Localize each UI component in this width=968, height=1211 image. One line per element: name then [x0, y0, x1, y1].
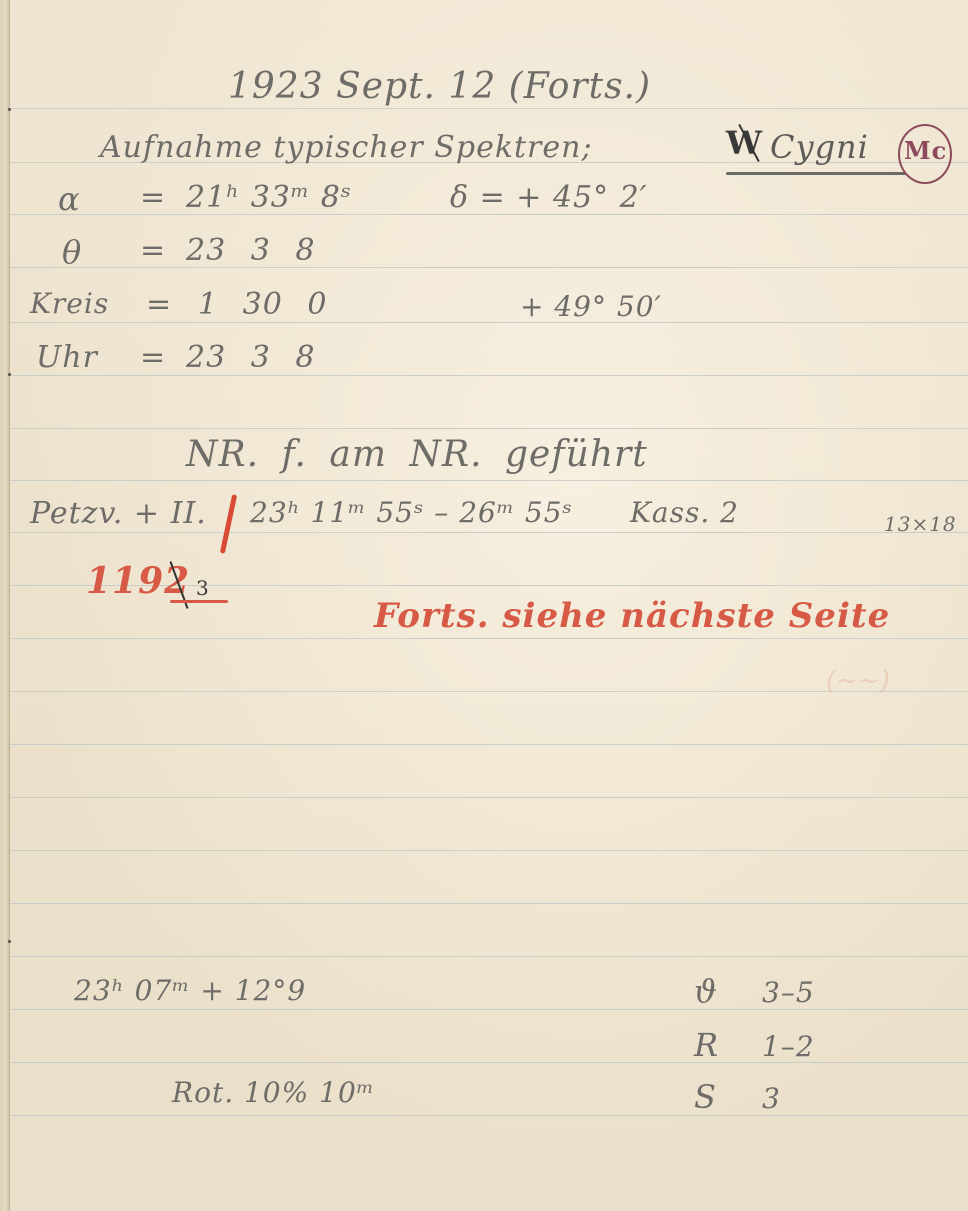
red-mark-stroke: [220, 494, 237, 554]
ruled-line: [10, 850, 968, 851]
guiding-note: NR. f. am NR. geführt: [186, 434, 648, 475]
margin-mark: [8, 373, 11, 376]
ruled-line: [10, 1009, 968, 1010]
bottom-note-position: 23ʰ 07ᵐ + 12°9: [74, 974, 306, 1007]
ruled-line: [10, 744, 968, 745]
alpha-label: α: [58, 180, 81, 218]
uhr-eq: =: [140, 340, 166, 375]
instrument: Petzv. + II.: [30, 496, 207, 531]
r-label: R: [694, 1026, 719, 1064]
theta-value: 23 3 8: [186, 233, 315, 268]
s-label: S: [694, 1078, 717, 1116]
notebook-page: 1923 Sept. 12 (Forts.) Aufnahme typische…: [0, 0, 968, 1211]
alpha-value: 21ʰ 33ᵐ 8ˢ: [186, 180, 352, 215]
plate-number-underline: [170, 600, 228, 603]
plate-size: 13×18: [884, 512, 957, 536]
date-heading: 1923 Sept. 12 (Forts.): [228, 66, 651, 107]
plate-number: 1192: [86, 560, 190, 602]
exposure-time-range: 23ʰ 11ᵐ 55ˢ – 26ᵐ 55ˢ: [250, 496, 573, 529]
ruled-line: [10, 322, 968, 323]
continuation-note: Forts. siehe nächste Seite: [374, 596, 890, 636]
star-name-underline: [726, 172, 906, 175]
alpha-eq: =: [140, 180, 166, 215]
uhr-value: 23 3 8: [186, 340, 315, 375]
ruled-line: [10, 1115, 968, 1116]
mc-mark: Mc: [904, 136, 947, 165]
ruled-line: [10, 108, 968, 109]
plate-number-correction: 3: [196, 576, 210, 600]
subject-text: Aufnahme typischer Spektren;: [100, 130, 593, 165]
kreis-declination: + 49° 50′: [520, 290, 662, 323]
bleed-through-mark: (~~): [826, 666, 890, 696]
star-name: Cygni: [770, 128, 869, 166]
ruled-line: [10, 480, 968, 481]
page-binding-edge: [0, 0, 10, 1211]
ruled-line: [10, 903, 968, 904]
kreis-eq: =: [146, 287, 172, 322]
uhr-label: Uhr: [36, 340, 98, 375]
kreis-label: Kreis: [30, 287, 109, 320]
r-value: 1–2: [762, 1030, 815, 1063]
ruled-line: [10, 532, 968, 533]
ruled-line: [10, 691, 968, 692]
s-value: 3: [762, 1082, 781, 1115]
margin-mark: [8, 108, 11, 111]
seeing-label: ϑ: [694, 972, 718, 1010]
ruled-line: [10, 638, 968, 639]
declination-value: δ = + 45° 2′: [450, 180, 648, 215]
ruled-line: [10, 956, 968, 957]
theta-label: θ: [62, 233, 82, 271]
kreis-value: 1 30 0: [198, 287, 327, 322]
margin-mark: [8, 940, 11, 943]
ruled-line: [10, 1062, 968, 1063]
ruled-line: [10, 428, 968, 429]
seeing-value: 3–5: [762, 976, 815, 1009]
ruled-line: [10, 797, 968, 798]
cassette: Kass. 2: [630, 496, 739, 529]
ruled-line: [10, 375, 968, 376]
theta-eq: =: [140, 233, 166, 268]
bottom-note-rot: Rot. 10% 10ᵐ: [172, 1076, 375, 1109]
